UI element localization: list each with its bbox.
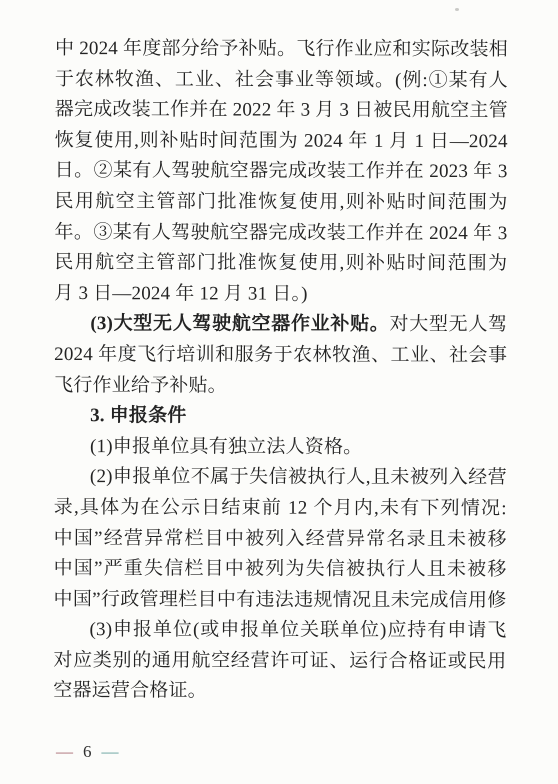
text-line: 器完成改装工作并在 2022 年 3 月 3 日被民用航空主管部门批准 xyxy=(55,95,508,127)
text-line: 中国”经营异常栏目中被列入经营异常名录且未被移出、在“信用 xyxy=(54,523,507,555)
scan-speck xyxy=(476,49,479,51)
paragraph-lead-line: (3)大型无人驾驶航空器作业补贴。对大型无人驾驶航空器 xyxy=(54,309,507,341)
paragraph-lead-bold: (3)大型无人驾驶航空器作业补贴。 xyxy=(90,313,389,335)
text-line: 中国”严重失信栏目中被列为失信被执行人且未被移出、在“信用 xyxy=(54,554,507,586)
text-line: 于农林牧渔、工业、社会事业等领域。(例:①某有人驾驶航空 xyxy=(55,65,508,97)
text-line: 对应类别的通用航空经营许可证、运行合格证或民用无人驾驶航 xyxy=(53,646,506,678)
section-heading: 3. 申报条件 xyxy=(54,401,507,433)
text-line: 恢复使用,则补贴时间范围为 2024 年 1 月 1 日—2024 年 3 月 … xyxy=(55,126,508,158)
text-line: 民用航空主管部门批准恢复使用,则补贴时间范围为 2024 年全 xyxy=(55,187,508,219)
scan-speck xyxy=(455,8,459,11)
document-body: 中 2024 年度部分给予补贴。飞行作业应和实际改装相匹配且服务 于农林牧渔、工… xyxy=(53,34,508,708)
text-line: 录,具体为在公示日结束前 12 个月内,未有下列情况:在“信用 xyxy=(54,493,507,525)
text-line: 月 3 日—2024 年 12 月 31 日。) xyxy=(54,279,507,311)
footer-dash-right: — xyxy=(102,742,120,761)
text-line: (1)申报单位具有独立法人资格。 xyxy=(54,432,507,464)
page-number: 6 xyxy=(83,742,93,761)
text-line: 空器运营合格证。 xyxy=(53,676,506,708)
text-line: 日。②某有人驾驶航空器完成改装工作并在 2023 年 3 月 3 日被 xyxy=(55,156,508,188)
document-page: 中 2024 年度部分给予补贴。飞行作业应和实际改装相匹配且服务 于农林牧渔、工… xyxy=(0,0,558,784)
text-line: 年。③某有人驾驶航空器完成改装工作并在 2024 年 3 月 3 日被 xyxy=(54,218,507,250)
footer-dash-left: — xyxy=(56,742,74,761)
page-footer: —6— xyxy=(56,742,120,762)
text-line: 民用航空主管部门批准恢复使用,则补贴时间范围为 2024 年 3 xyxy=(54,248,507,280)
text-line: 2024 年度飞行培训和服务于农林牧渔、工业、社会事业等领域的 xyxy=(54,340,507,372)
text-line: 中国”行政管理栏目中有违法违规情况且未完成信用修复。 xyxy=(53,585,506,617)
text-line: 飞行作业给予补贴。 xyxy=(54,371,507,403)
text-line: 中 2024 年度部分给予补贴。飞行作业应和实际改装相匹配且服务 xyxy=(55,34,508,66)
text-line: (2)申报单位不属于失信被执行人,且未被列入经营异常名 xyxy=(54,462,507,494)
text-line: (3)申报单位(或申报单位关联单位)应持有申请飞行补贴 xyxy=(53,615,506,647)
